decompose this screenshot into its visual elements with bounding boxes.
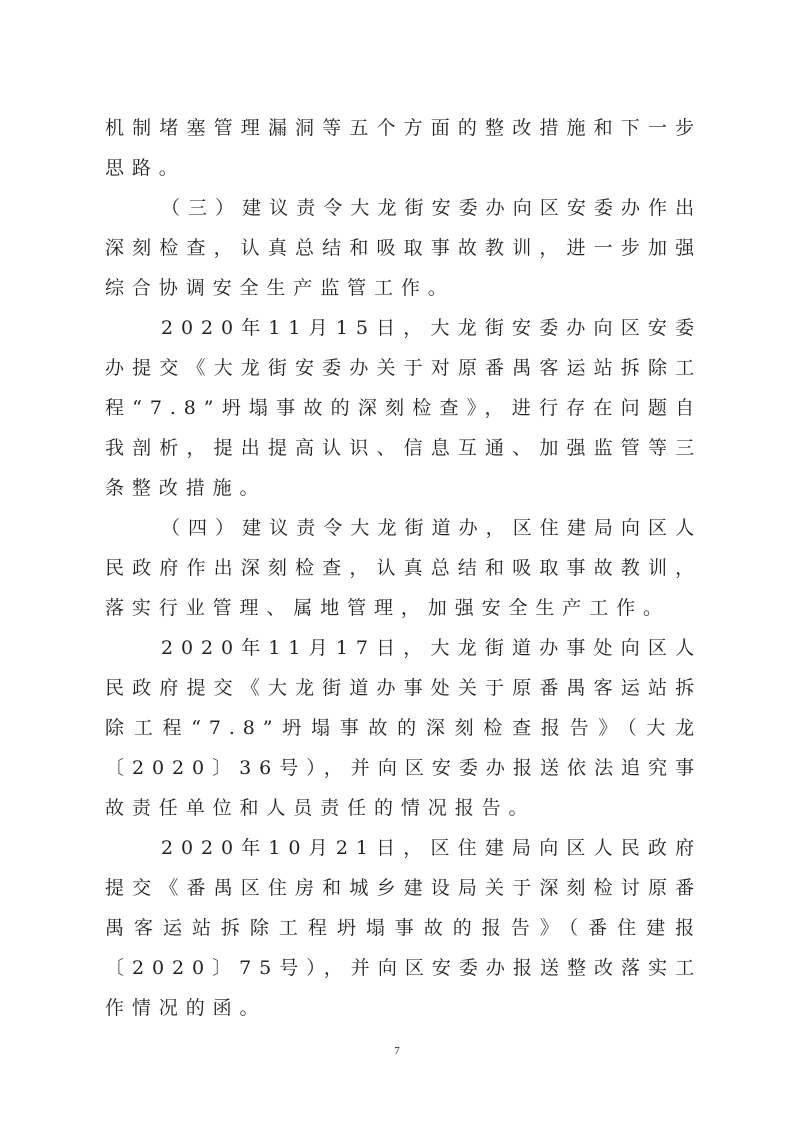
paragraph-nov-17: 2020年11月17日，大龙街道办事处向区人民政府提交《大龙街道办事处关于原番禺… [105, 628, 702, 828]
document-body: 机制堵塞管理漏洞等五个方面的整改措施和下一步思路。 （三）建议责令大龙街安委办向… [105, 108, 702, 1028]
paragraph-continuation: 机制堵塞管理漏洞等五个方面的整改措施和下一步思路。 [105, 108, 702, 188]
page-number: 7 [0, 1045, 794, 1057]
paragraph-item-3: （三）建议责令大龙街安委办向区安委办作出深刻检查，认真总结和吸取事故教训，进一步… [105, 188, 702, 308]
paragraph-oct-21: 2020年10月21日，区住建局向区人民政府提交《番禺区住房和城乡建设局关于深刻… [105, 828, 702, 1028]
paragraph-item-4: （四）建议责令大龙街道办，区住建局向区人民政府作出深刻检查，认真总结和吸取事故教… [105, 508, 702, 628]
paragraph-nov-15: 2020年11月15日，大龙街安委办向区安委办提交《大龙街安委办关于对原番禺客运… [105, 308, 702, 508]
